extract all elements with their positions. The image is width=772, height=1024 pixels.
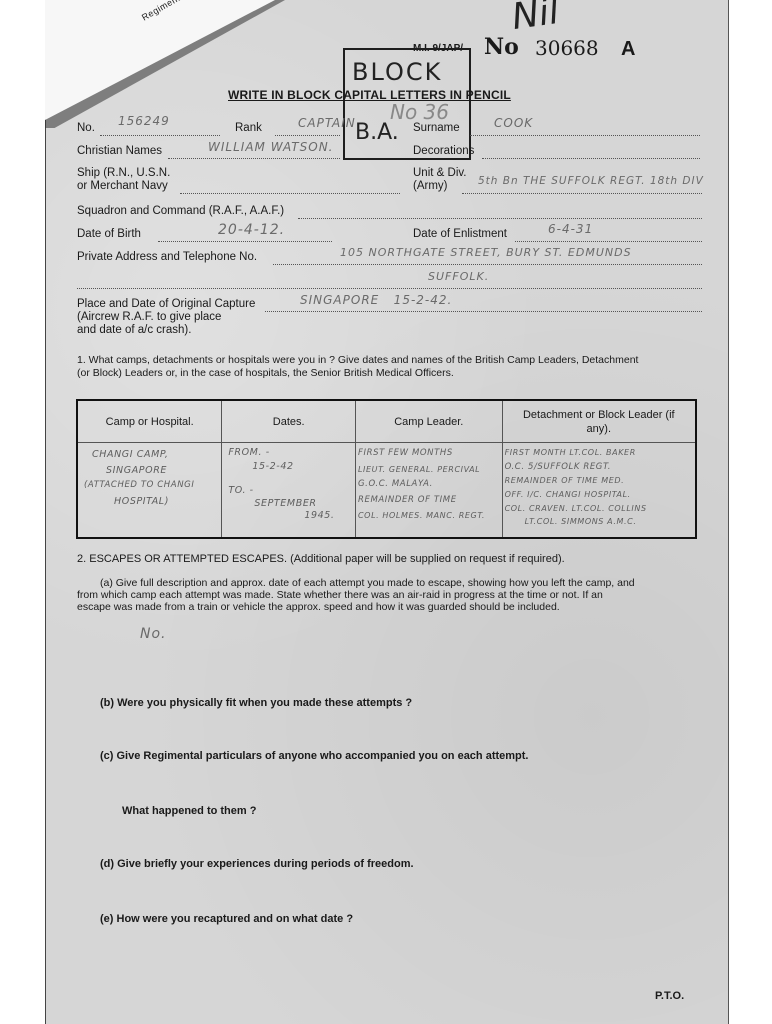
stamp-pencil-mark: No 36 bbox=[390, 100, 449, 124]
address-line-1: 105 NORTHGATE STREET, BURY ST. EDMUNDS bbox=[340, 246, 632, 259]
q2a-answer: No. bbox=[140, 626, 167, 642]
series-letter: A bbox=[621, 38, 635, 61]
rank-label: Rank bbox=[235, 122, 262, 134]
q1-line-2: (or Block) Leaders or, in the case of ho… bbox=[77, 367, 454, 381]
header-dates: Dates. bbox=[222, 400, 356, 443]
capture-label-3: and date of a/c crash). bbox=[77, 324, 191, 336]
serial-number: 30668 bbox=[535, 36, 599, 60]
header-camp-leader: Camp Leader. bbox=[355, 400, 502, 443]
instruction-heading: WRITE IN BLOCK CAPITAL LETTERS IN PENCIL bbox=[228, 88, 511, 102]
q2c-sub: What happened to them ? bbox=[122, 805, 256, 819]
q2b: (b) Were you physically fit when you mad… bbox=[100, 697, 412, 711]
ship-label-2: or Merchant Navy bbox=[77, 180, 168, 192]
surname-label: Surname bbox=[413, 122, 460, 134]
q2a-line-3: escape was made from a train or vehicle … bbox=[77, 601, 560, 615]
rank-value: CAPTAIN bbox=[298, 116, 356, 130]
q1-line-1: 1. What camps, detachments or hospitals … bbox=[77, 354, 638, 368]
header-camp: Camp or Hospital. bbox=[77, 400, 222, 443]
christian-names-label: Christian Names bbox=[77, 145, 162, 157]
unit-value: 5th Bn THE SUFFOLK REGT. 18th DIV bbox=[478, 175, 704, 187]
q2e: (e) How were you recaptured and on what … bbox=[100, 913, 353, 927]
cell-block-leader: FIRST MONTH LT.COL. BAKER O.C. 5/SUFFOLK… bbox=[502, 443, 696, 539]
camps-table: Camp or Hospital. Dates. Camp Leader. De… bbox=[76, 399, 697, 539]
q2d: (d) Give briefly your experiences during… bbox=[100, 858, 414, 872]
decorations-label: Decorations bbox=[413, 145, 474, 157]
enlistment-value: 6-4-31 bbox=[548, 222, 593, 236]
stamp-ba-text: B.A. bbox=[355, 120, 399, 145]
christian-names-value: WILLIAM WATSON. bbox=[208, 140, 333, 154]
nil-annotation: Nil bbox=[509, 0, 561, 38]
cell-camp: CHANGI CAMP, SINGAPORE (ATTACHED TO CHAN… bbox=[77, 443, 222, 539]
q2c: (c) Give Regimental particulars of anyon… bbox=[100, 750, 528, 764]
ship-label-1: Ship (R.N., U.S.N. bbox=[77, 167, 170, 179]
capture-label-1: Place and Date of Original Capture bbox=[77, 298, 255, 310]
cell-camp-leader: FIRST FEW MONTHS LIEUT. GENERAL. PERCIVA… bbox=[355, 443, 502, 539]
cell-dates: FROM. - 15-2-42 TO. - SEPTEMBER 1945. bbox=[222, 443, 356, 539]
squadron-label: Squadron and Command (R.A.F., A.A.F.) bbox=[77, 205, 284, 217]
surname-value: COOK bbox=[494, 116, 533, 130]
capture-value: SINGAPORE 15-2-42. bbox=[300, 293, 452, 307]
unit-label-2: (Army) bbox=[413, 180, 448, 192]
pto-footer: P.T.O. bbox=[655, 990, 684, 1004]
no-value: 156249 bbox=[118, 114, 170, 128]
dob-value: 20-4-12. bbox=[218, 222, 285, 238]
table-row: CHANGI CAMP, SINGAPORE (ATTACHED TO CHAN… bbox=[77, 443, 696, 539]
q2-title: 2. ESCAPES OR ATTEMPTED ESCAPES. (Additi… bbox=[77, 553, 565, 567]
unit-label-1: Unit & Div. bbox=[413, 167, 466, 179]
enlistment-label: Date of Enlistment bbox=[413, 228, 507, 240]
address-label: Private Address and Telephone No. bbox=[77, 251, 257, 263]
header-block-leader: Detachment or Block Leader (if any). bbox=[502, 400, 696, 443]
address-line-2: SUFFOLK. bbox=[428, 270, 489, 283]
dob-label: Date of Birth bbox=[77, 228, 141, 240]
stamp-block-text: BLOCK bbox=[352, 58, 442, 86]
number-mark: No bbox=[484, 34, 519, 60]
capture-label-2: (Aircrew R.A.F. to give place bbox=[77, 311, 221, 323]
no-label: No. bbox=[77, 122, 95, 134]
